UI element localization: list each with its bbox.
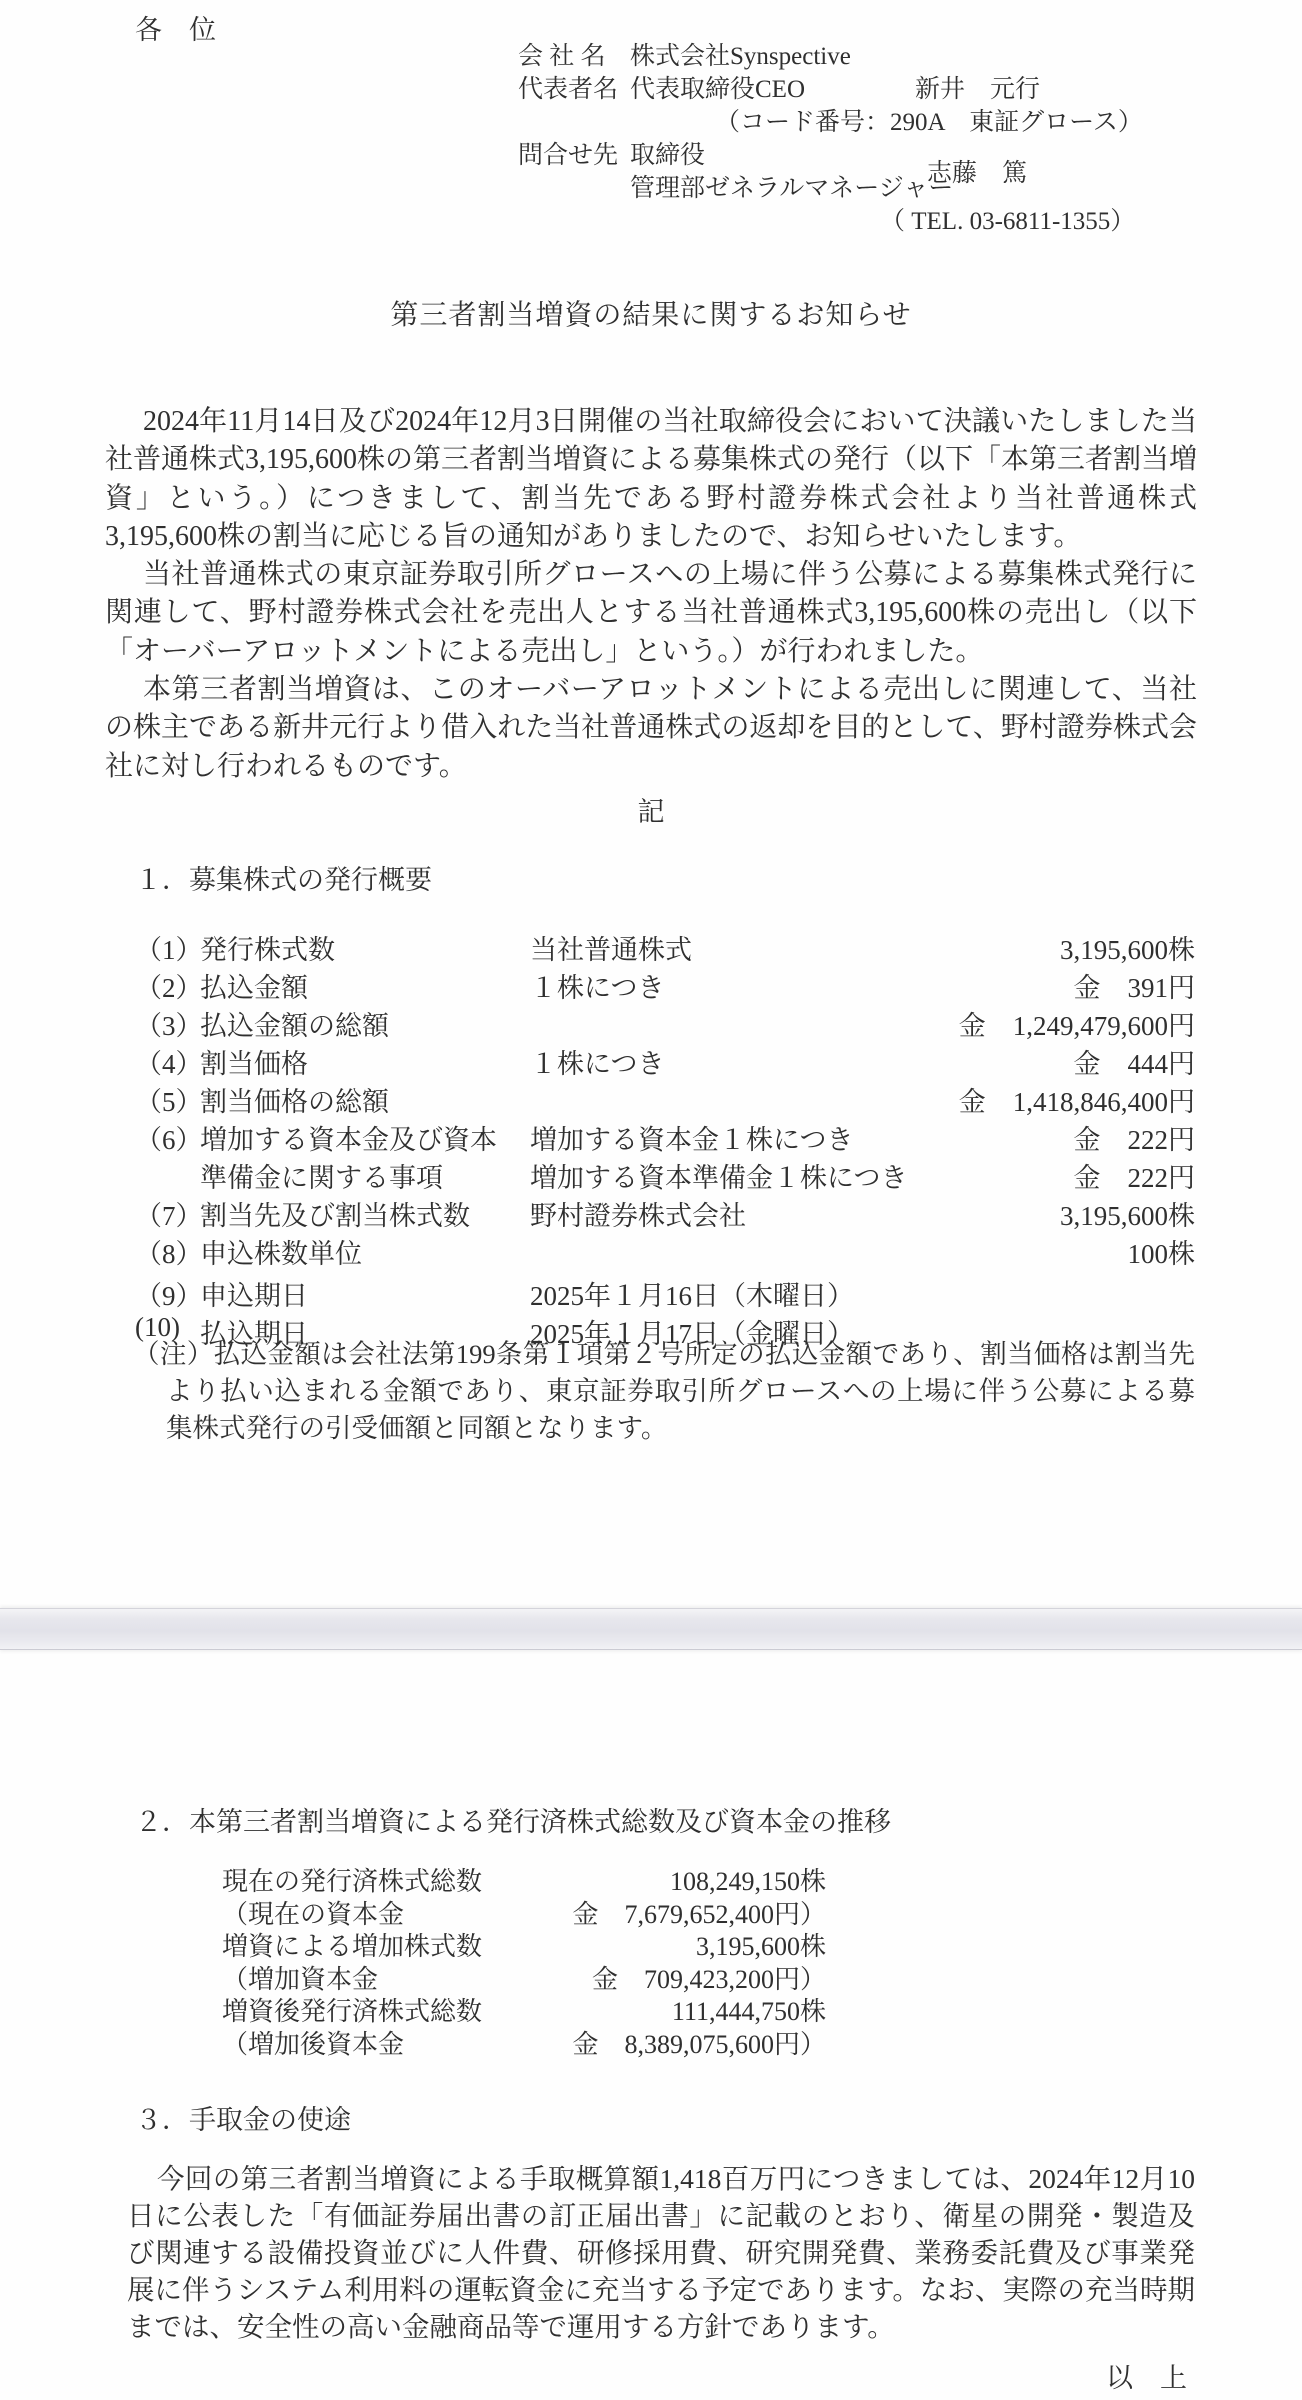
row-value: 金 8,389,075,600円） [572,2029,826,2062]
table-row: 増資後発行済株式総数 111,444,750株 [222,1996,826,2029]
item-middle: 増加する資本準備金１株につき [530,1156,907,1195]
list-item-2: （2） 払込金額 １株につき 金 391円 [135,966,1195,1004]
section-1-heading: １．募集株式の発行概要 [135,858,432,897]
item-number: （4） [135,1042,200,1081]
tel-label [518,205,630,238]
list-item-6: （6） 増加する資本金及び資本 増加する資本金１株につき 金 222円 [135,1118,1195,1156]
section-2-heading: ２．本第三者割当増資による発行済株式総数及び資本金の推移 [135,1800,891,1839]
row-value: 108,249,150株 [670,1866,826,1899]
item-label: 申込期日 [200,1274,530,1313]
company-name-label: 会 社 名 [518,40,630,73]
list-item-6b: 準備金に関する事項 増加する資本準備金１株につき 金 222円 [135,1156,1195,1194]
stock-code-row: （コード番号：290A 東証グロース） [518,106,1158,139]
body-paragraph-1: 2024年11月14日及び2024年12月3日開催の当社取締役会において決議いた… [105,403,1197,556]
stock-code-label [518,106,630,139]
list-item-3: （3） 払込金額の総額 金 1,249,479,600円 [135,1004,1195,1042]
item-label: 払込金額の総額 [200,1004,530,1043]
contact-dept-title: 管理部ゼネラルマネージャー [630,172,953,205]
item-value: 3,195,600株 [1060,928,1195,967]
item-number: （6） [135,1118,200,1157]
page-separator [0,1608,1302,1650]
document-title: 第三者割当増資の結果に関するお知らせ [0,293,1302,333]
item-value: 金 1,418,846,400円 [959,1080,1195,1119]
item-number: （1） [135,928,200,967]
list-item-8: （8） 申込株数単位 100株 [135,1232,1195,1270]
table-row: 現在の発行済株式総数 108,249,150株 [222,1866,826,1899]
item-number: （5） [135,1080,200,1119]
contact-dept-label [518,172,630,205]
item-middle: １株につき [530,1042,664,1081]
representative-label: 代表者名 [518,73,630,106]
list-item-1: （1） 発行株式数 当社普通株式 3,195,600株 [135,928,1195,966]
tel-value: （ TEL. 03-6811-1355） [630,205,1135,238]
item-value: 金 222円 [1074,1156,1196,1195]
item-middle: 増加する資本金１株につき [530,1118,853,1157]
contact-name: 志藤 篤 [927,157,1027,190]
table-row: （現在の資本金 金 7,679,652,400円） [222,1899,826,1932]
item-number: （7） [135,1194,200,1233]
document-page: 各 位 会 社 名 株式会社Synspective 代表者名 代表取締役CEO … [0,0,1302,2400]
company-name-row: 会 社 名 株式会社Synspective [518,40,1158,73]
item-value: 金 1,249,479,600円 [959,1004,1195,1043]
row-value: 3,195,600株 [696,1931,826,1964]
row-label: 現在の発行済株式総数 [222,1866,482,1899]
item-middle: １株につき [530,966,664,1005]
section-3-heading: ３．手取金の使途 [135,2098,351,2137]
item-label: 申込株数単位 [200,1232,530,1271]
item-value: 金 391円 [1074,966,1196,1005]
row-value: 111,444,750株 [672,1996,826,2029]
row-label: 増資後発行済株式総数 [222,1996,482,2029]
item-value: 金 444円 [1074,1042,1196,1081]
row-label: （現在の資本金 [222,1899,404,1932]
representative-row: 代表者名 代表取締役CEO 新井 元行 [518,73,1158,106]
item-value: 金 222円 [1074,1118,1196,1157]
row-label: （増加資本金 [222,1964,378,1997]
item-label: 払込金額 [200,966,530,1005]
item-value: 3,195,600株 [1060,1194,1195,1233]
item-label: 割当価格 [200,1042,530,1081]
record-marker: 記 [0,790,1302,829]
item-number: （8） [135,1232,200,1271]
body-paragraph-3: 本第三者割当増資は、このオーバーアロットメントによる売出しに関連して、当社の株主… [105,671,1197,786]
contact-title: 取締役 [630,139,705,172]
row-label: 増資による増加株式数 [222,1931,482,1964]
stock-code-value: （コード番号：290A 東証グロース） [630,106,1143,139]
list-item-9: （9） 申込期日 2025年１月16日（木曜日） [135,1274,1195,1312]
table-row: （増加後資本金 金 8,389,075,600円） [222,2029,826,2062]
row-label: （増加後資本金 [222,2029,404,2062]
item-label: 発行株式数 [200,928,530,967]
company-name-value: 株式会社Synspective [630,40,851,73]
letter-recipient: 各 位 [135,8,216,47]
list-item-7: （7） 割当先及び割当株式数 野村證券株式会社 3,195,600株 [135,1194,1195,1232]
item-number: （9） [135,1274,200,1313]
item-label: 割当先及び割当株式数 [200,1194,530,1233]
item-label: 割当価格の総額 [200,1080,530,1119]
body-paragraph-2: 当社普通株式の東京証券取引所グロースへの上場に伴う公募による募集株式発行に関連し… [105,556,1197,671]
item-label: 増加する資本金及び資本 [200,1118,530,1157]
table-row: 増資による増加株式数 3,195,600株 [222,1931,826,1964]
company-info-block: 会 社 名 株式会社Synspective 代表者名 代表取締役CEO 新井 元… [518,40,1158,238]
closing-mark: 以 上 [1106,2356,1187,2395]
row-value: 金 7,679,652,400円） [572,1899,826,1932]
note-paragraph: （注）払込金額は会社法第199条第１項第２号所定の払込金額であり、割当価格は割当… [133,1336,1195,1447]
contact-row: 問合せ先 取締役 [518,139,1158,172]
row-value: 金 709,423,200円） [592,1964,826,1997]
tel-row: （ TEL. 03-6811-1355） [518,205,1158,238]
item-middle: 当社普通株式 [530,928,692,967]
item-middle: 野村證券株式会社 [530,1194,746,1233]
contact-label: 問合せ先 [518,139,630,172]
item-middle: 2025年１月16日（木曜日） [530,1274,854,1313]
item-value: 100株 [1128,1232,1196,1271]
item-number: （2） [135,966,200,1005]
item-number: （3） [135,1004,200,1043]
list-item-4: （4） 割当価格 １株につき 金 444円 [135,1042,1195,1080]
item-label: 準備金に関する事項 [200,1156,530,1195]
use-of-proceeds-paragraph: 今回の第三者割当増資による手取概算額1,418百万円につきましては、2024年1… [127,2160,1195,2345]
issue-overview-list: （1） 発行株式数 当社普通株式 3,195,600株 （2） 払込金額 １株に… [135,928,1195,1350]
contact-dept-row: 管理部ゼネラルマネージャー 志藤 篤 [518,172,1158,205]
list-item-5: （5） 割当価格の総額 金 1,418,846,400円 [135,1080,1195,1118]
representative-name: 新井 元行 [915,73,1040,106]
capital-transition-table: 現在の発行済株式総数 108,249,150株 （現在の資本金 金 7,679,… [222,1866,826,2061]
representative-title: 代表取締役CEO [630,73,805,106]
table-row: （増加資本金 金 709,423,200円） [222,1964,826,1997]
body-paragraphs: 2024年11月14日及び2024年12月3日開催の当社取締役会において決議いた… [105,403,1197,786]
